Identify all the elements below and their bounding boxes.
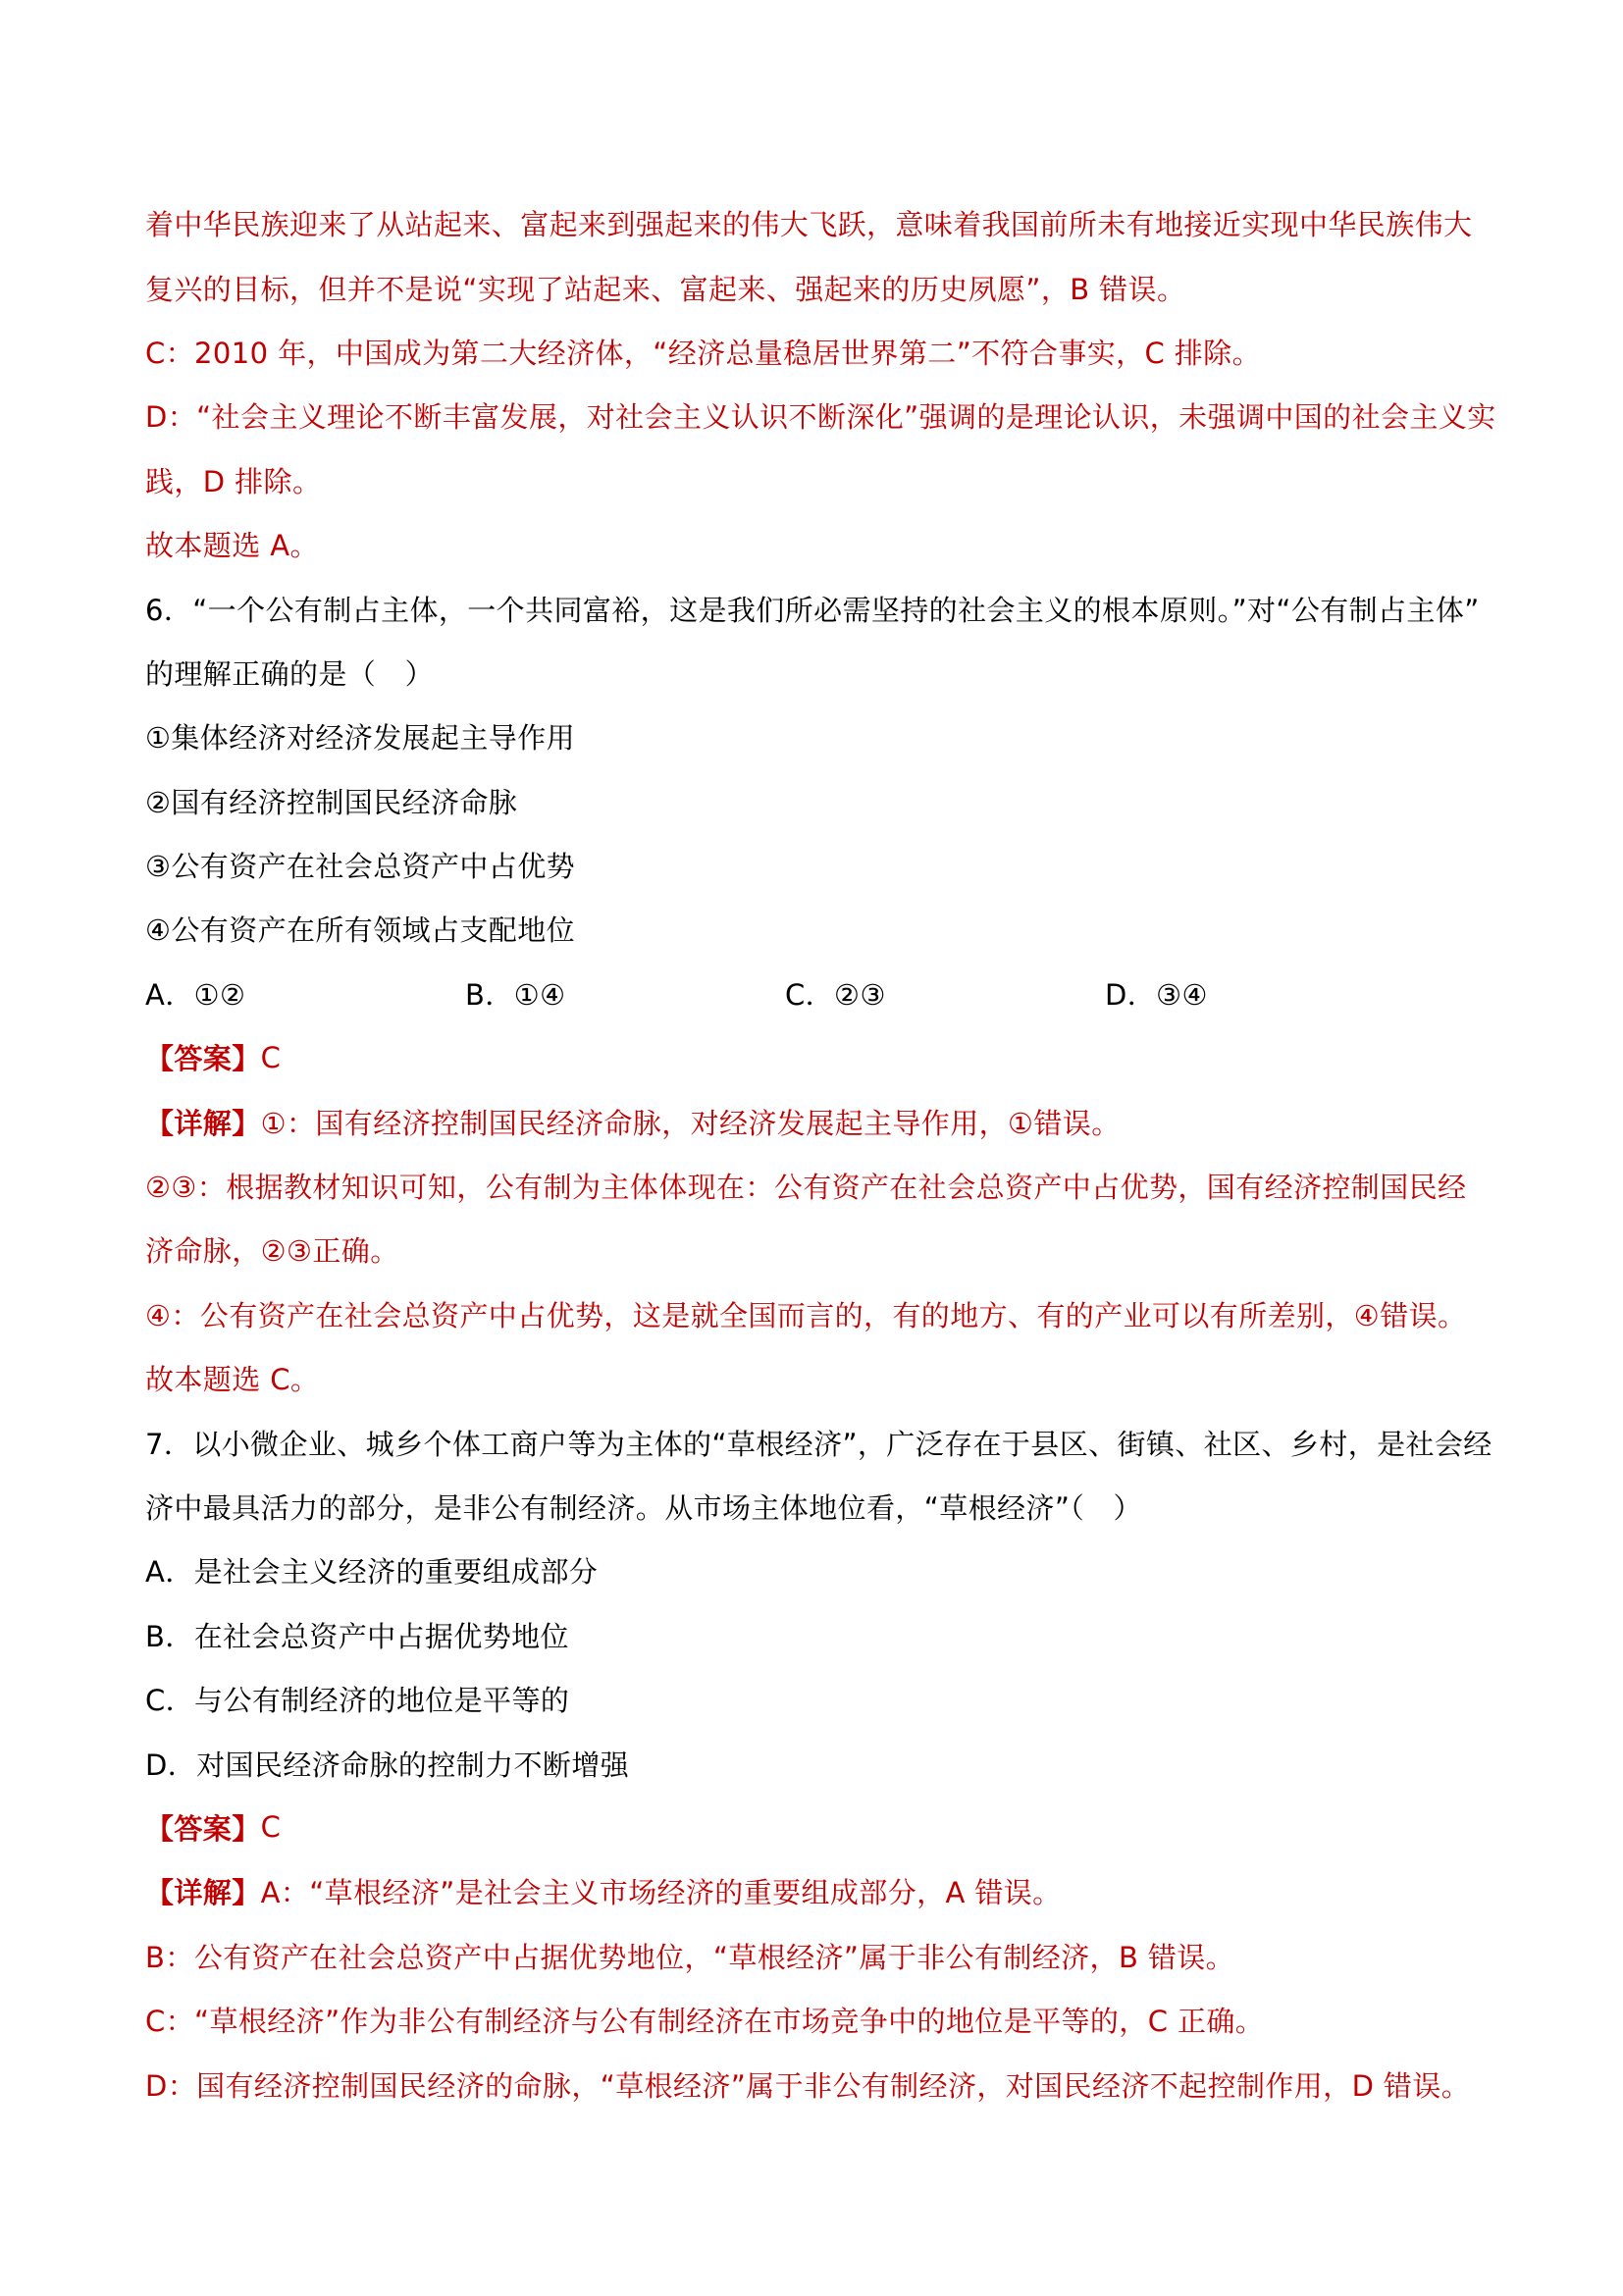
q6-stem-1: 6．“一个公有制占主体，一个共同富裕，这是我们所必需坚持的社会主义的根本原则。”… (145, 576, 1499, 640)
q5-expl-d-1: D：“社会主义理论不断丰富发展，对社会主义认识不断深化”强调的是理论认识，未强调… (145, 384, 1499, 447)
text-segment: D：“社会主义理论不断丰富发展，对社会主义认识不断深化”强调的是理论认识，未强调… (145, 395, 1496, 436)
q6-answer: 【答案】C (145, 1025, 1499, 1089)
bracket-label: 【答案】 (145, 1807, 261, 1848)
bracket-label: 【答案】 (145, 1037, 261, 1077)
text-segment: ②③：根据教材知识可知，公有制为主体体现在：公有资产在社会总资产中占优势，国有经… (145, 1166, 1466, 1206)
text-segment: ①集体经济对经济发展起主导作用 (145, 716, 575, 757)
text-segment: 着中华民族迎来了从站起来、富起来到强起来的伟大飞跃，意味着我国前所未有地接近实现… (145, 203, 1472, 243)
q6-conclusion: 故本题选 C。 (145, 1346, 1499, 1410)
text-segment: C (261, 1810, 282, 1844)
q5-expl-b-cont-2: 复兴的目标，但并不是说“实现了站起来、富起来、强起来的历史夙愿”，B 错误。 (145, 255, 1499, 319)
option-item: D．③④ (1105, 973, 1208, 1014)
text-segment: D：国有经济控制国民经济的命脉，“草根经济”属于非公有制经济，对国民经济不起控制… (145, 2064, 1470, 2105)
text-segment: ②国有经济控制国民经济命脉 (145, 781, 517, 821)
text-segment: ③公有资产在社会总资产中占优势 (145, 845, 575, 885)
text-segment: C (261, 1041, 282, 1074)
text-segment: ①：国有经济控制国民经济命脉，对经济发展起主导作用，①错误。 (261, 1102, 1121, 1142)
text-segment: A：“草根经济”是社会主义市场经济的重要组成部分，A 错误。 (261, 1871, 1062, 1911)
document-body: 着中华民族迎来了从站起来、富起来到强起来的伟大飞跃，意味着我国前所未有地接近实现… (145, 191, 1499, 2116)
text-segment: 7．以小微企业、城乡个体工商户等为主体的“草根经济”，广泛存在于县区、街镇、社区… (145, 1423, 1492, 1463)
bracket-label: 【详解】 (145, 1871, 261, 1911)
q6-expl-3: 济命脉，②③正确。 (145, 1218, 1499, 1281)
text-segment: 的理解正确的是（ ） (145, 652, 434, 693)
text-segment: ④：公有资产在社会总资产中占优势，这是就全国而言的，有的地方、有的产业可以有所差… (145, 1294, 1466, 1334)
text-segment: 复兴的目标，但并不是说“实现了站起来、富起来、强起来的历史夙愿”，B 错误。 (145, 268, 1185, 308)
q6-item-3: ③公有资产在社会总资产中占优势 (145, 833, 1499, 897)
text-segment: C．与公有制经济的地位是平等的 (145, 1679, 569, 1719)
text-segment: 济命脉，②③正确。 (145, 1229, 399, 1270)
text-segment: A．是社会主义经济的重要组成部分 (145, 1550, 598, 1591)
text-segment: 践，D 排除。 (145, 460, 321, 500)
text-segment: 故本题选 A。 (145, 524, 319, 564)
q6-expl-4: ④：公有资产在社会总资产中占优势，这是就全国而言的，有的地方、有的产业可以有所差… (145, 1282, 1499, 1346)
text-segment: B．在社会总资产中占据优势地位 (145, 1615, 569, 1655)
q5-expl-b-cont-1: 着中华民族迎来了从站起来、富起来到强起来的伟大飞跃，意味着我国前所未有地接近实现… (145, 191, 1499, 255)
exam-document-page: 着中华民族迎来了从站起来、富起来到强起来的伟大飞跃，意味着我国前所未有地接近实现… (0, 0, 1623, 2296)
q7-expl-b: B：公有资产在社会总资产中占据优势地位，“草根经济”属于非公有制经济，B 错误。 (145, 1924, 1499, 1988)
q7-stem-1: 7．以小微企业、城乡个体工商户等为主体的“草根经济”，广泛存在于县区、街镇、社区… (145, 1410, 1499, 1474)
text-segment: 6．“一个公有制占主体，一个共同富裕，这是我们所必需坚持的社会主义的根本原则。”… (145, 589, 1480, 629)
q6-item-4: ④公有资产在所有领域占支配地位 (145, 897, 1499, 961)
q7-option-b: B．在社会总资产中占据优势地位 (145, 1603, 1499, 1667)
q6-item-1: ①集体经济对经济发展起主导作用 (145, 704, 1499, 768)
q7-expl-c: C：“草根经济”作为非公有制经济与公有制经济在市场竞争中的地位是平等的，C 正确… (145, 1988, 1499, 2052)
option-item: C．②③ (785, 973, 1105, 1014)
q6-options-row: A．①②B．①④C．②③D．③④ (145, 962, 1499, 1025)
q6-item-2: ②国有经济控制国民经济命脉 (145, 769, 1499, 833)
text-segment: C：“草根经济”作为非公有制经济与公有制经济在市场竞争中的地位是平等的，C 正确… (145, 2000, 1264, 2040)
q7-option-c: C．与公有制经济的地位是平等的 (145, 1667, 1499, 1731)
text-segment: B：公有资产在社会总资产中占据优势地位，“草根经济”属于非公有制经济，B 错误。 (145, 1936, 1234, 1976)
q7-option-d: D．对国民经济命脉的控制力不断增强 (145, 1731, 1499, 1795)
text-segment: ④公有资产在所有领域占支配地位 (145, 909, 575, 949)
q5-expl-c: C：2010 年，中国成为第二大经济体，“经济总量稳居世界第二”不符合事实，C … (145, 320, 1499, 384)
bracket-label: 【详解】 (145, 1102, 261, 1142)
text-segment: C：2010 年，中国成为第二大经济体，“经济总量稳居世界第二”不符合事实，C … (145, 332, 1261, 372)
option-item: A．①② (145, 973, 465, 1014)
text-segment: 故本题选 C。 (145, 1358, 319, 1398)
q7-stem-2: 济中最具活力的部分，是非公有制经济。从市场主体地位看，“草根经济”（ ） (145, 1475, 1499, 1539)
text-segment: D．对国民经济命脉的控制力不断增强 (145, 1744, 629, 1784)
option-item: B．①④ (465, 973, 785, 1014)
q5-expl-d-2: 践，D 排除。 (145, 448, 1499, 512)
q6-expl-2: ②③：根据教材知识可知，公有制为主体体现在：公有资产在社会总资产中占优势，国有经… (145, 1154, 1499, 1218)
q5-conclusion: 故本题选 A。 (145, 512, 1499, 576)
q7-option-a: A．是社会主义经济的重要组成部分 (145, 1539, 1499, 1602)
q6-expl-1: 【详解】①：国有经济控制国民经济命脉，对经济发展起主导作用，①错误。 (145, 1089, 1499, 1153)
q7-answer: 【答案】C (145, 1796, 1499, 1859)
q7-expl-d: D：国有经济控制国民经济的命脉，“草根经济”属于非公有制经济，对国民经济不起控制… (145, 2052, 1499, 2115)
q6-stem-2: 的理解正确的是（ ） (145, 641, 1499, 704)
q7-expl-a: 【详解】A：“草根经济”是社会主义市场经济的重要组成部分，A 错误。 (145, 1859, 1499, 1923)
text-segment: 济中最具活力的部分，是非公有制经济。从市场主体地位看，“草根经济”（ ） (145, 1487, 1142, 1527)
